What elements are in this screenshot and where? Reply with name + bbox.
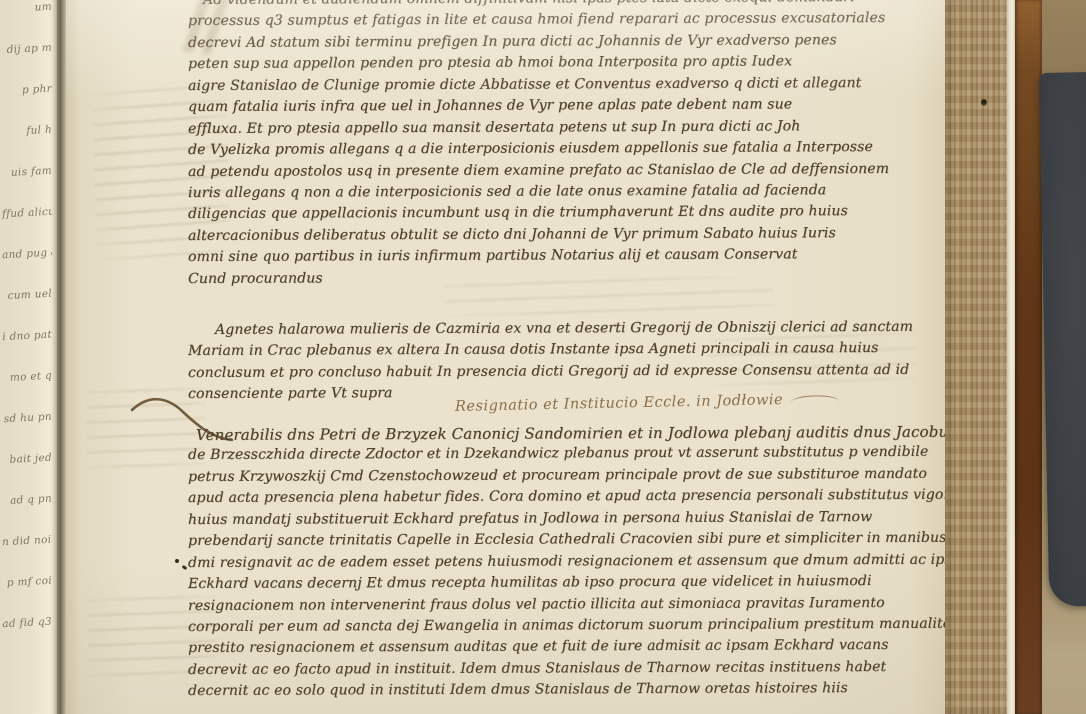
entry-1-text-block: Ad videndum et audiendum omnem diffiniti… <box>188 0 945 292</box>
ink-speck <box>182 565 188 570</box>
manuscript-text-line: Eckhard vacans decernj Et dmus recepta h… <box>188 573 945 598</box>
heading-underline-flourish <box>791 395 839 404</box>
entry-3-text-block: Venerabilis dns Petri de Brzyzek Canonic… <box>188 426 945 705</box>
previous-page-text-fragment: i dno pat <box>2 329 53 344</box>
previous-page-text-fragment: n did noia <box>2 534 53 549</box>
previous-page-text-fragment: mo et q <box>2 370 53 385</box>
page-edge-highlight <box>1007 0 1015 714</box>
previous-page-text-fragment: dij ap m <box>2 42 53 57</box>
manuscript-book-photo: umdij ap mp phrful huis famffud alicujan… <box>0 0 1086 714</box>
previous-page-text-fragments: umdij ap mp phrful huis famffud alicujan… <box>2 2 52 629</box>
manuscript-text-line: prestito resignacionem et assensum audit… <box>188 637 945 662</box>
manuscript-text-line: quam fatalia iuris infra que uel in Joha… <box>188 96 945 121</box>
manuscript-text-line: apud acta presencia plena habetur fides.… <box>188 487 945 512</box>
page-gutter-shadow <box>57 0 66 714</box>
manuscript-text-line: Mariam in Crac plebanus ex altera In cau… <box>188 340 945 365</box>
wormhole-dot <box>981 99 987 106</box>
manuscript-text-line: Cund procurandus <box>188 267 945 292</box>
previous-page-text-fragment: and pug delict <box>2 247 53 262</box>
ink-speck <box>175 559 179 563</box>
previous-page-text-fragment: um <box>2 1 53 16</box>
manuscript-text-line: omni sine quo partibus in iuris infirmum… <box>188 246 945 271</box>
previous-page-text-fragment: cum uel <box>2 288 53 303</box>
previous-page-text-fragment: ad q pn <box>2 493 53 508</box>
manuscript-text-line: diligencias que appellacionis incumbunt … <box>188 203 945 228</box>
previous-page-text-fragment: sd hu pn <box>2 411 53 426</box>
previous-page-edge: umdij ap mp phrful huis famffud alicujan… <box>0 0 57 714</box>
manuscript-page: Ad videndum et audiendum omnem diffiniti… <box>66 0 945 714</box>
binding-leather-edge <box>1015 0 1042 714</box>
previous-page-text-fragment: ad fid q3 <box>2 616 53 631</box>
book-fore-edge-pages <box>945 0 1007 714</box>
previous-page-text-fragment: ffud alicuj <box>2 206 53 221</box>
previous-page-text-fragment: ful h <box>2 124 53 139</box>
previous-page-text-fragment: p phr <box>2 83 53 98</box>
manuscript-text-line: prebendarij sancte trinitatis Capelle in… <box>188 530 945 555</box>
manuscript-text-line: decernit ac eo solo quod in instituti Id… <box>188 680 945 705</box>
previous-page-text-fragment: p mf coi <box>2 575 53 590</box>
manuscript-text-line: processus q3 sumptus et fatigas in lite … <box>188 10 945 35</box>
manuscript-text-line: peten sup sua appellon penden pro ptesia… <box>188 53 945 78</box>
previous-page-text-fragment: bait jed <box>2 452 53 467</box>
previous-page-text-fragment: uis fam <box>2 165 53 180</box>
manuscript-text-line: de Vyelizka promis allegans q a die inte… <box>188 139 945 164</box>
manuscript-text-line: de Brzessczhida directe Zdoctor et in Dz… <box>188 444 945 469</box>
